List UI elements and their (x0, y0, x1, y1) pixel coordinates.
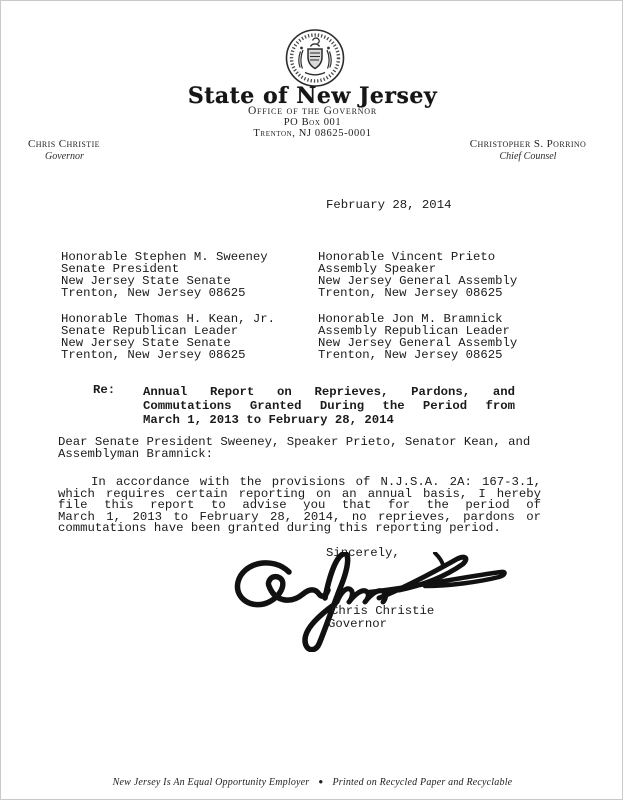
footer-line: New Jersey Is An Equal Opportunity Emplo… (1, 777, 623, 788)
text-line: Commutations Granted During the Period f… (143, 399, 515, 413)
letter-date: February 28, 2014 (326, 200, 451, 212)
letterhead-po-box: PO Box 001 (141, 117, 484, 128)
text-line: March 1, 2013 to February 28, 2014 (143, 413, 515, 427)
footer-eoe-text: New Jersey Is An Equal Opportunity Emplo… (113, 777, 310, 788)
recipient-address-bramnick: Honorable Jon M. BramnickAssembly Republ… (318, 314, 578, 362)
text-line: Annual Report on Reprieves, Pardons, and (143, 385, 515, 399)
text-line: Trenton, New Jersey 08625 (318, 350, 578, 362)
salutation: Dear Senate President Sweeney, Speaker P… (58, 436, 548, 461)
governor-title: Governor (45, 151, 84, 162)
letter-page: State of New Jersey Office of the Govern… (0, 0, 623, 800)
subject-label: Re: (93, 385, 115, 397)
footer-recycled-text: Printed on Recycled Paper and Recyclable (332, 777, 512, 788)
text-line: commutations have been granted during th… (58, 523, 541, 535)
recipient-address-kean: Honorable Thomas H. Kean, Jr.Senate Repu… (61, 314, 311, 362)
handwritten-signature (229, 552, 521, 652)
signer-typed-name: Chris Christie (331, 606, 434, 618)
governor-name: Chris Christie (28, 138, 100, 150)
text-line: Trenton, New Jersey 08625 (318, 288, 578, 300)
text-line: Trenton, New Jersey 08625 (61, 288, 311, 300)
subject-text: Annual Report on Reprieves, Pardons, and… (143, 385, 515, 427)
letterhead-office: Office of the Governor (141, 105, 484, 117)
chief-counsel-name: Christopher S. Porrino (448, 138, 608, 150)
text-line: Assemblyman Bramnick: (58, 448, 548, 460)
chief-counsel-title: Chief Counsel (448, 151, 608, 162)
recipient-address-prieto: Honorable Vincent PrietoAssembly Speaker… (318, 252, 578, 300)
signer-typed-title: Governor (328, 619, 387, 631)
letterhead-city: Trenton, NJ 08625-0001 (141, 128, 484, 139)
footer-bullet-icon: ● (318, 777, 323, 786)
new-jersey-state-seal-icon (284, 28, 346, 88)
body-paragraph: In accordance with the provisions of N.J… (58, 477, 541, 535)
text-line: Trenton, New Jersey 08625 (61, 350, 311, 362)
recipient-address-sweeney: Honorable Stephen M. SweeneySenate Presi… (61, 252, 311, 300)
